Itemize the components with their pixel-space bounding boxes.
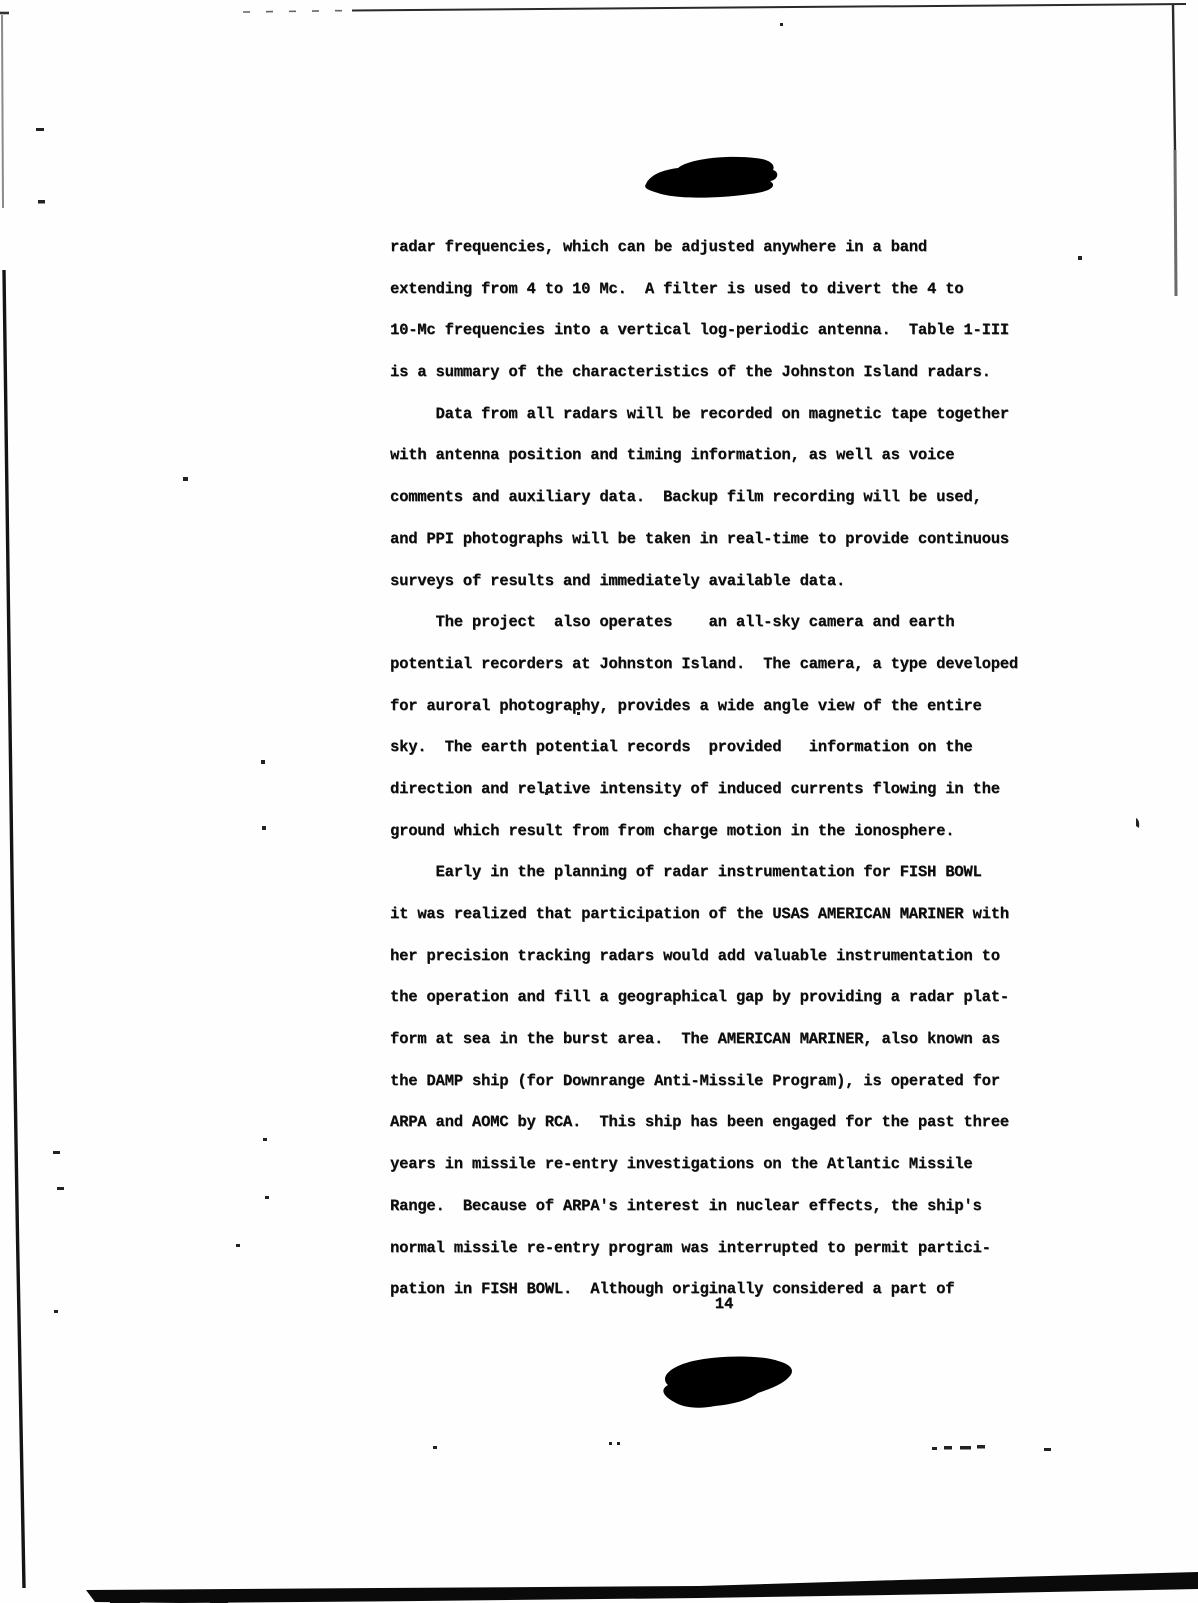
scan-left-edge-line	[4, 270, 24, 1588]
scan-speck	[433, 1446, 437, 1449]
scan-crease-line	[352, 4, 1186, 11]
text-line: the DAMP ship (for Downrange Anti-Missil…	[390, 1061, 1090, 1103]
scanned-document-page: radar frequencies, which can be adjusted…	[0, 0, 1198, 1603]
scan-left-edge-line	[2, 15, 3, 208]
scan-speck	[265, 1196, 269, 1199]
scan-speck	[617, 1442, 620, 1445]
scan-speck	[1136, 818, 1139, 828]
scan-speck	[932, 1447, 937, 1450]
text-line: extending from 4 to 10 Mc. A filter is u…	[390, 269, 1090, 311]
text-line: 10-Mc frequencies into a vertical log-pe…	[390, 310, 1090, 352]
text-line: the operation and fill a geographical ga…	[390, 977, 1090, 1019]
scan-speck	[261, 760, 265, 764]
scan-speck	[183, 477, 188, 481]
text-line: potential recorders at Johnston Island. …	[390, 644, 1090, 686]
text-line: surveys of results and immediately avail…	[390, 561, 1090, 603]
text-line: for auroral photography, provides a wide…	[390, 686, 1090, 728]
scan-crease-line	[243, 11, 352, 13]
text-line: normal missile re-entry program was inte…	[390, 1228, 1090, 1270]
scan-speck	[263, 1138, 267, 1141]
scan-speck	[960, 1446, 971, 1450]
text-line: with antenna position and timing informa…	[390, 435, 1090, 477]
text-line: Range. Because of ARPA's interest in nuc…	[390, 1186, 1090, 1228]
text-line: her precision tracking radars would add …	[390, 936, 1090, 978]
scan-speck	[36, 128, 44, 131]
scan-right-edge-line	[1173, 5, 1175, 150]
text-line: direction and relative intensity of indu…	[390, 769, 1090, 811]
page-number: 14	[700, 1295, 748, 1313]
text-line: and PPI photographs will be taken in rea…	[390, 519, 1090, 561]
scan-speck	[57, 1187, 64, 1190]
text-line: is a summary of the characteristics of t…	[390, 352, 1090, 394]
scan-speck	[944, 1446, 952, 1450]
redaction-mark-top	[645, 157, 777, 198]
scan-speck	[609, 1442, 612, 1445]
text-line: sky. The earth potential records provide…	[390, 727, 1090, 769]
scan-speck	[977, 1445, 985, 1449]
text-line: radar frequencies, which can be adjusted…	[390, 227, 1090, 269]
scan-speck	[262, 826, 266, 830]
text-line: ground which result from from charge mot…	[390, 811, 1090, 853]
scan-speck	[236, 1244, 240, 1247]
scan-bottom-band	[86, 1572, 1198, 1603]
scan-right-edge-line	[1175, 150, 1176, 296]
text-line: Early in the planning of radar instrumen…	[390, 852, 1090, 894]
text-line: years in missile re-entry investigations…	[390, 1144, 1090, 1186]
text-line: comments and auxiliary data. Backup film…	[390, 477, 1090, 519]
text-line: The project also operates an all-sky cam…	[390, 602, 1090, 644]
text-line: ARPA and AOMC by RCA. This ship has been…	[390, 1102, 1090, 1144]
scan-speck	[53, 1151, 60, 1154]
scan-speck	[38, 200, 45, 204]
redaction-mark-bottom	[663, 1357, 792, 1408]
text-line: Data from all radars will be recorded on…	[390, 394, 1090, 436]
scan-speck	[780, 23, 783, 26]
text-line: form at sea in the burst area. The AMERI…	[390, 1019, 1090, 1061]
text-line: it was realized that participation of th…	[390, 894, 1090, 936]
scan-speck	[1044, 1448, 1051, 1451]
document-text-block: radar frequencies, which can be adjusted…	[390, 227, 1090, 1311]
scan-speck	[54, 1310, 58, 1313]
